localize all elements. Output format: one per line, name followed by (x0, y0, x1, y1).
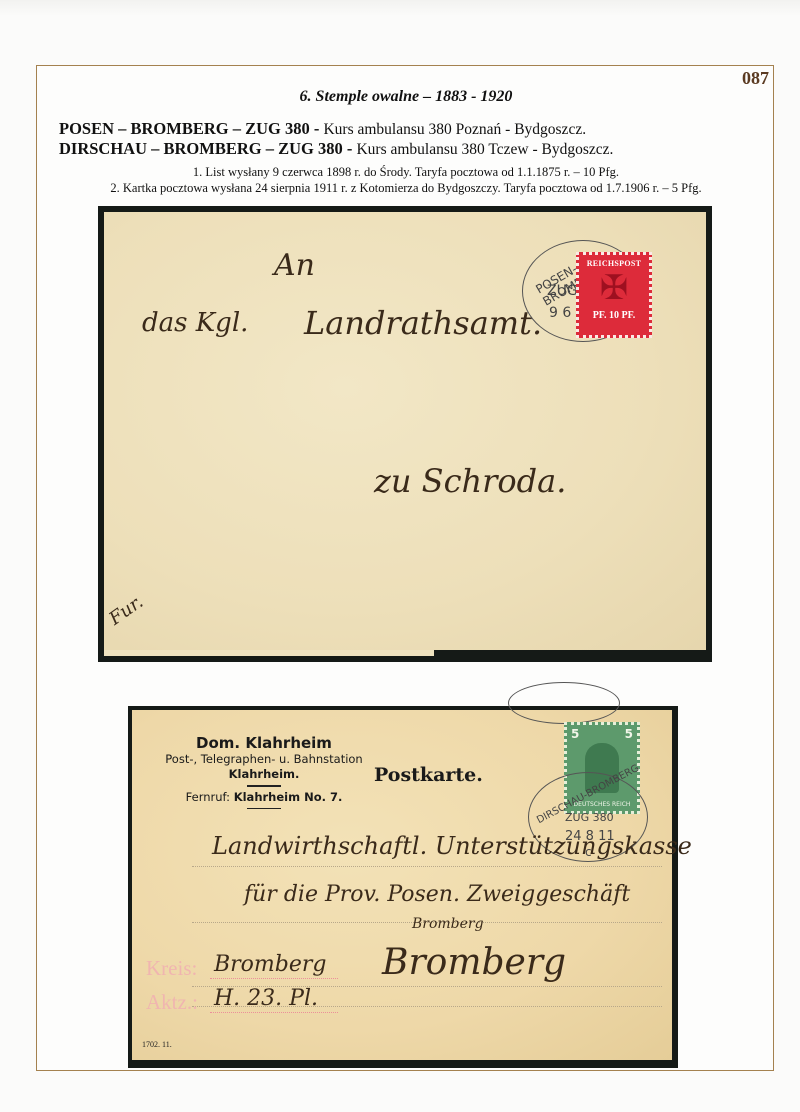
route-description: Kurs ambulansu 380 Poznań - Bydgoszcz. (323, 121, 586, 138)
section-title: 6. Stemple owalne – 1883 - 1920 (37, 88, 775, 106)
route-line-2: DIRSCHAU – BROMBERG – ZUG 380 - Kurs amb… (59, 139, 613, 159)
divider (247, 785, 281, 787)
item-description-2: 2. Kartka pocztowa wysłana 24 sierpnia 1… (37, 180, 775, 196)
initials: Fur. (105, 591, 147, 629)
print-number: 1702. 11. (142, 1040, 172, 1049)
address-line-2: für die Prov. Posen. Zweiggeschäft (244, 882, 630, 907)
sender-line-1: Post-, Telegraphen- u. Bahnstation (144, 752, 384, 767)
sender-name: Dom. Klahrheim (144, 734, 384, 752)
address-line-landrathsamt: Landrathsamt. (304, 304, 542, 342)
envelope: An das Kgl. Landrathsamt. zu Schroda. Fu… (104, 212, 706, 650)
kreis-value: Bromberg (214, 952, 327, 977)
eagle-icon: ✠ (579, 268, 649, 310)
envelope-flap (104, 650, 434, 656)
postcard: Dom. Klahrheim Post-, Telegraphen- u. Ba… (132, 710, 672, 1060)
route-name: DIRSCHAU – BROMBERG – ZUG 380 - (59, 139, 356, 158)
address-line-das-kgl: das Kgl. (142, 308, 248, 338)
address-line-schroda: zu Schroda. (374, 462, 566, 500)
item-description-1: 1. List wysłany 9 czerwca 1898 r. do Śro… (37, 164, 775, 180)
route-line-1: POSEN – BROMBERG – ZUG 380 - Kurs ambula… (59, 119, 613, 139)
route-lines: POSEN – BROMBERG – ZUG 380 - Kurs ambula… (59, 119, 613, 159)
item-descriptions: 1. List wysłany 9 czerwca 1898 r. do Śro… (37, 164, 775, 196)
envelope-mount: An das Kgl. Landrathsamt. zu Schroda. Fu… (98, 206, 712, 662)
address-line-an: An (274, 248, 315, 283)
aktz-rule (210, 1012, 338, 1013)
postcard-title: Postkarte. (374, 764, 483, 786)
route-description: Kurs ambulansu 380 Tczew - Bydgoszcz. (356, 141, 613, 158)
route-name: POSEN – BROMBERG – ZUG 380 - (59, 119, 323, 138)
sender-phone: Fernruf: Klahrheim No. 7. (144, 790, 384, 805)
divider (247, 808, 281, 810)
address-line-rule (192, 866, 662, 867)
stamp-10-pfennig: REICHSPOST ✠ PF. 10 PF. (576, 252, 652, 338)
kreis-label: Kreis: (146, 956, 197, 981)
sender-block: Dom. Klahrheim Post-, Telegraphen- u. Ba… (144, 734, 384, 812)
aktz-value: H. 23. Pl. (214, 986, 318, 1011)
aktz-label: Aktz.: (146, 990, 198, 1015)
address-city: Bromberg (382, 942, 566, 983)
oval-cancel-partial (508, 682, 620, 724)
address-line-1: Landwirthschaftl. Unterstützungskasse (212, 832, 692, 860)
postcard-mount: Dom. Klahrheim Post-, Telegraphen- u. Ba… (128, 706, 678, 1068)
page-top-edge (0, 0, 800, 16)
page-number: 087 (742, 68, 769, 89)
kreis-rule (210, 978, 338, 979)
sender-line-2: Klahrheim. (144, 767, 384, 782)
address-line-2b: Bromberg (412, 916, 484, 932)
